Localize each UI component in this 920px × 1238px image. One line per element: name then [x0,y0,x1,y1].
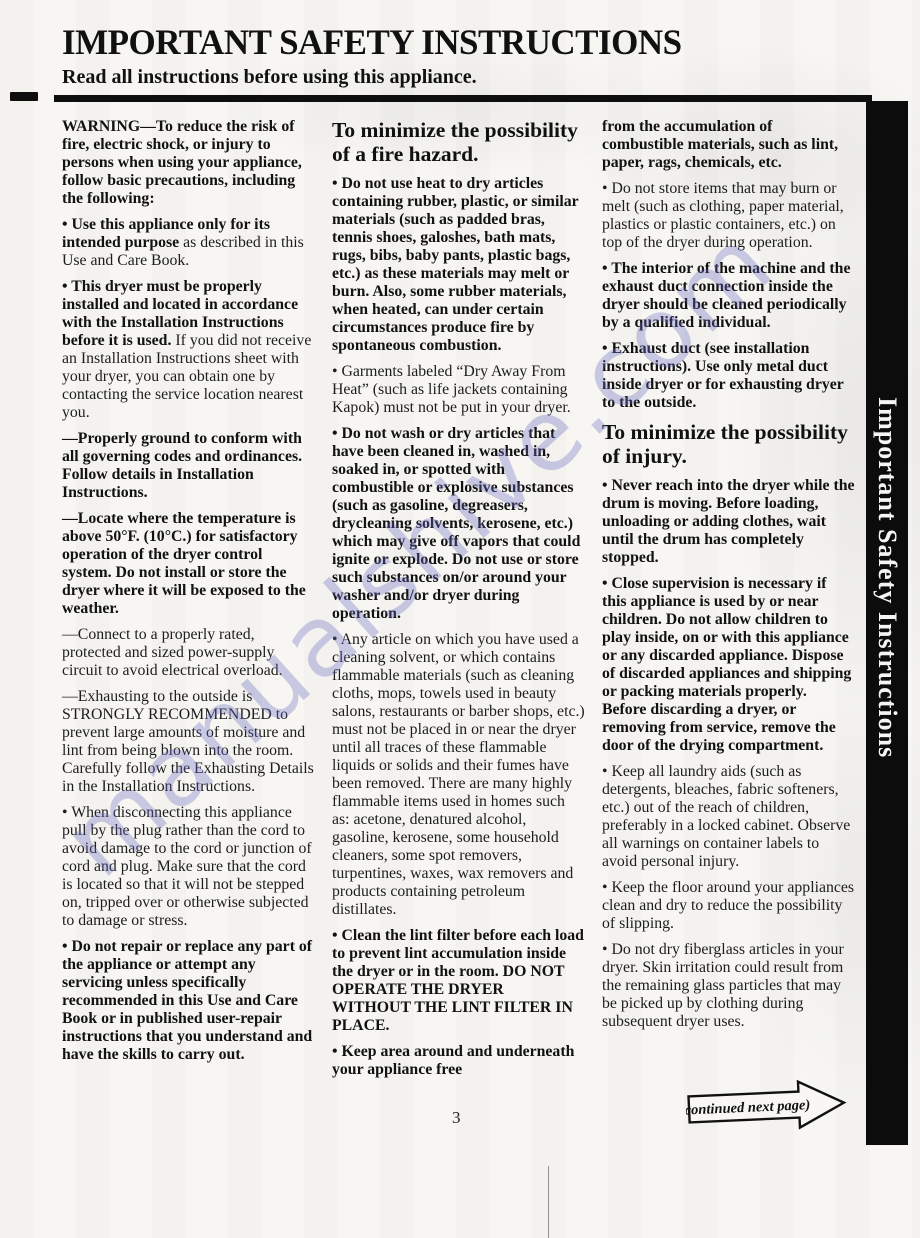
paragraph: • Exhaust duct (see installation instruc… [602,340,855,412]
section-heading: To minimize the possibility of a fire ha… [332,118,585,166]
paragraph: • Do not dry fiberglass articles in your… [602,941,855,1031]
text-run: • Exhaust duct (see installation instruc… [602,340,844,411]
text-run: —Properly ground to conform with all gov… [62,430,302,501]
header-divider-rule [54,95,872,102]
paragraph: • Do not use heat to dry articles contai… [332,175,585,355]
paragraph: • Garments labeled “Dry Away From Heat” … [332,363,585,417]
text-run: • Keep the floor around your appliances … [602,879,854,932]
chapter-tab-bar: Important Safety Instructions [866,101,908,1145]
text-run: • Garments labeled “Dry Away From Heat” … [332,363,571,416]
text-run: • Never reach into the dryer while the d… [602,477,855,566]
page-number: 3 [452,1108,461,1128]
section-heading: To minimize the possibility of injury. [602,420,855,468]
text-run: • Keep area around and underneath your a… [332,1043,574,1078]
text-run: • Any article on which you have used a c… [332,631,585,918]
paragraph: • When disconnecting this appliance pull… [62,804,315,930]
arrow-right-icon: (continued next page) [685,1076,849,1135]
text-run: • Do not repair or replace any part of t… [62,938,312,1063]
paragraph: • Never reach into the dryer while the d… [602,477,855,567]
paragraph: • Clean the lint filter before each load… [332,927,585,1035]
paragraph: • Keep area around and underneath your a… [332,1043,585,1079]
text-run: from the accumulation of combustible mat… [602,118,838,171]
text-run: • Do not wash or dry articles that have … [332,425,580,622]
text-run: • Keep all laundry aids (such as deterge… [602,763,850,870]
paragraph: • Do not repair or replace any part of t… [62,938,315,1064]
paragraph: • Use this appliance only for its intend… [62,216,315,270]
paragraph: • Do not store items that may burn or me… [602,180,855,252]
continued-next-page-arrow: (continued next page) [685,1076,849,1135]
paragraph: • This dryer must be properly installed … [62,278,315,422]
text-column-2: To minimize the possibility of a fire ha… [332,112,585,1087]
text-run: To minimize the possibility of injury. [602,420,848,468]
page-subtitle: Read all instructions before using this … [62,66,862,89]
text-column-1: WARNING—To reduce the risk of fire, elec… [62,118,315,1072]
text-run: To minimize the possibility of a fire ha… [332,118,578,166]
text-run: • Close supervision is necessary if this… [602,575,851,754]
paragraph: WARNING—To reduce the risk of fire, elec… [62,118,315,208]
paragraph: • Keep the floor around your appliances … [602,879,855,933]
text-run: WARNING—To reduce the risk of fire, elec… [62,118,302,207]
paragraph: • Close supervision is necessary if this… [602,575,855,755]
text-run: • The interior of the machine and the ex… [602,260,850,331]
text-run: —Locate where the temperature is above 5… [62,510,306,617]
paragraph: • Any article on which you have used a c… [332,631,585,919]
text-run: • Do not dry fiberglass articles in your… [602,941,844,1030]
paragraph: —Properly ground to conform with all gov… [62,430,315,502]
text-column-3: from the accumulation of combustible mat… [602,118,855,1039]
text-run: • Do not use heat to dry articles contai… [332,175,578,354]
paragraph: • Do not wash or dry articles that have … [332,425,585,623]
text-run: • Do not store items that may burn or me… [602,180,844,251]
margin-tick-mark [10,92,38,101]
chapter-tab-label: Important Safety Instructions [872,397,902,758]
text-run: • Clean the lint filter before each load… [332,927,584,1034]
paragraph: —Locate where the temperature is above 5… [62,510,315,618]
paragraph: —Exhausting to the outside is STRONGLY R… [62,688,315,796]
scan-fold-line [548,1166,549,1238]
text-run: • When disconnecting this appliance pull… [62,804,312,929]
paragraph: • The interior of the machine and the ex… [602,260,855,332]
paragraph: from the accumulation of combustible mat… [602,118,855,172]
paragraph: —Connect to a properly rated, protected … [62,626,315,680]
paragraph: • Keep all laundry aids (such as deterge… [602,763,855,871]
page-title: IMPORTANT SAFETY INSTRUCTIONS [62,22,862,64]
text-run: —Connect to a properly rated, protected … [62,626,283,679]
text-run: —Exhausting to the outside is STRONGLY R… [62,688,314,795]
page-header: IMPORTANT SAFETY INSTRUCTIONS Read all i… [62,22,862,89]
